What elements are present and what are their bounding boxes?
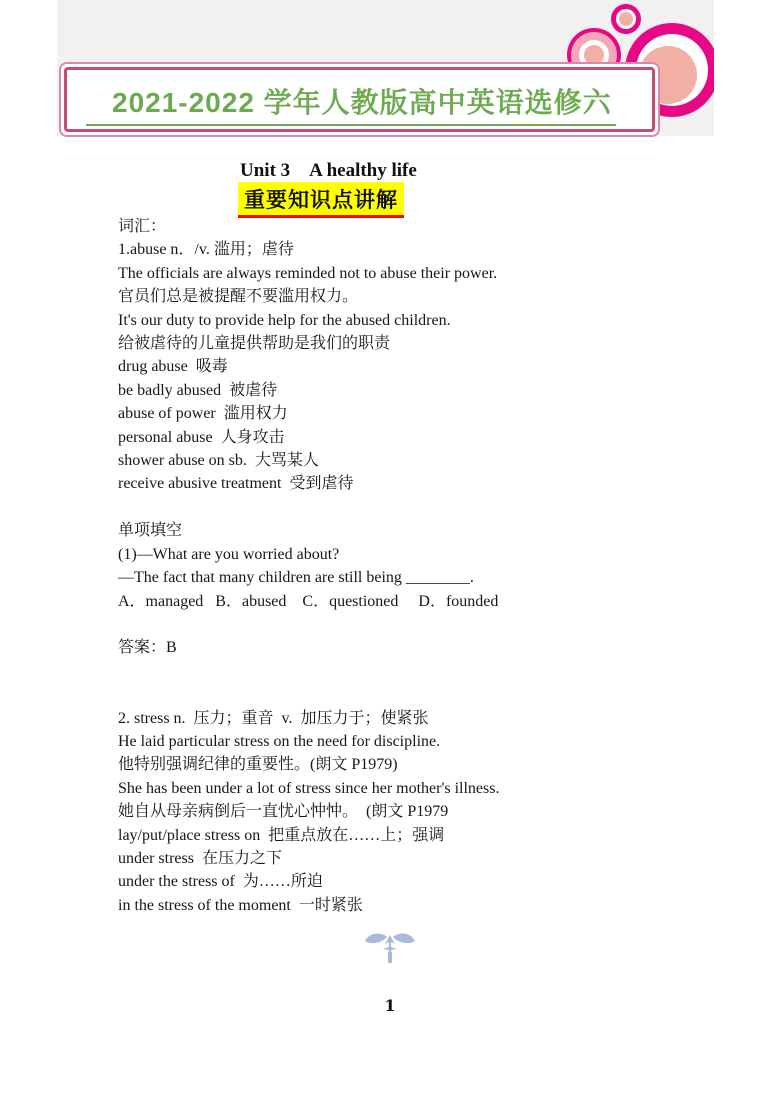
text-line: 他特别强调纪律的重要性。(朗文 P1979) [118, 753, 678, 776]
course-banner: 2021-2022 学年人教版高中英语选修六 [59, 62, 660, 137]
text-line: 给被虐待的儿童提供帮助是我们的职责 [118, 332, 678, 355]
text-line: in the stress of the moment 一时紧张 [118, 894, 678, 917]
course-banner-title: 2021-2022 学年人教版高中英语选修六 [86, 81, 616, 126]
text-line: 词汇： [118, 215, 678, 238]
text-line: 官员们总是被提醒不要滥用权力。 [118, 285, 678, 308]
text-line [118, 613, 678, 636]
text-line: personal abuse 人身攻击 [118, 426, 678, 449]
text-line: shower abuse on sb. 大骂某人 [118, 449, 678, 472]
text-line: A．managed B．abused C．questioned D．founde… [118, 590, 678, 613]
text-line: 答案：B [118, 636, 678, 659]
text-line: under the stress of 为……所迫 [118, 870, 678, 893]
text-line: The officials are always reminded not to… [118, 262, 678, 285]
text-line: receive abusive treatment 受到虐待 [118, 472, 678, 495]
course-banner-inner: 2021-2022 学年人教版高中英语选修六 [64, 67, 655, 132]
unit-title: Unit 3 A healthy life [240, 155, 417, 182]
document-page: 2021-2022 学年人教版高中英语选修六 Unit 3 A healthy … [0, 0, 780, 1103]
text-line: 单项填空 [118, 519, 678, 542]
text-line: lay/put/place stress on 把重点放在……上；强调 [118, 824, 678, 847]
text-line: (1)—What are you worried about? [118, 543, 678, 566]
text-line: It's our duty to provide help for the ab… [118, 309, 678, 332]
text-line: She has been under a lot of stress since… [118, 777, 678, 800]
bird-ornament-icon [364, 930, 416, 964]
section-heading-highlighted: 重要知识点讲解 [238, 182, 404, 218]
text-line: 2. stress n. 压力；重音 v. 加压力于；使紧张 [118, 707, 678, 730]
text-line [118, 683, 678, 706]
text-line [118, 660, 678, 683]
text-line: —The fact that many children are still b… [118, 566, 678, 589]
text-line: 1.abuse n．/v. 滥用；虐待 [118, 238, 678, 261]
text-line: under stress 在压力之下 [118, 847, 678, 870]
text-line: He laid particular stress on the need fo… [118, 730, 678, 753]
text-line: be badly abused 被虐待 [118, 379, 678, 402]
text-line: 她自从母亲病倒后一直忧心忡忡。 (朗文 P1979 [118, 800, 678, 823]
text-line: abuse of power 滥用权力 [118, 402, 678, 425]
body-text: 词汇：1.abuse n．/v. 滥用；虐待The officials are … [118, 215, 678, 917]
text-line: drug abuse 吸毒 [118, 355, 678, 378]
small-circle-center [619, 12, 633, 26]
page-number: 1 [0, 996, 780, 1015]
text-line [118, 496, 678, 519]
